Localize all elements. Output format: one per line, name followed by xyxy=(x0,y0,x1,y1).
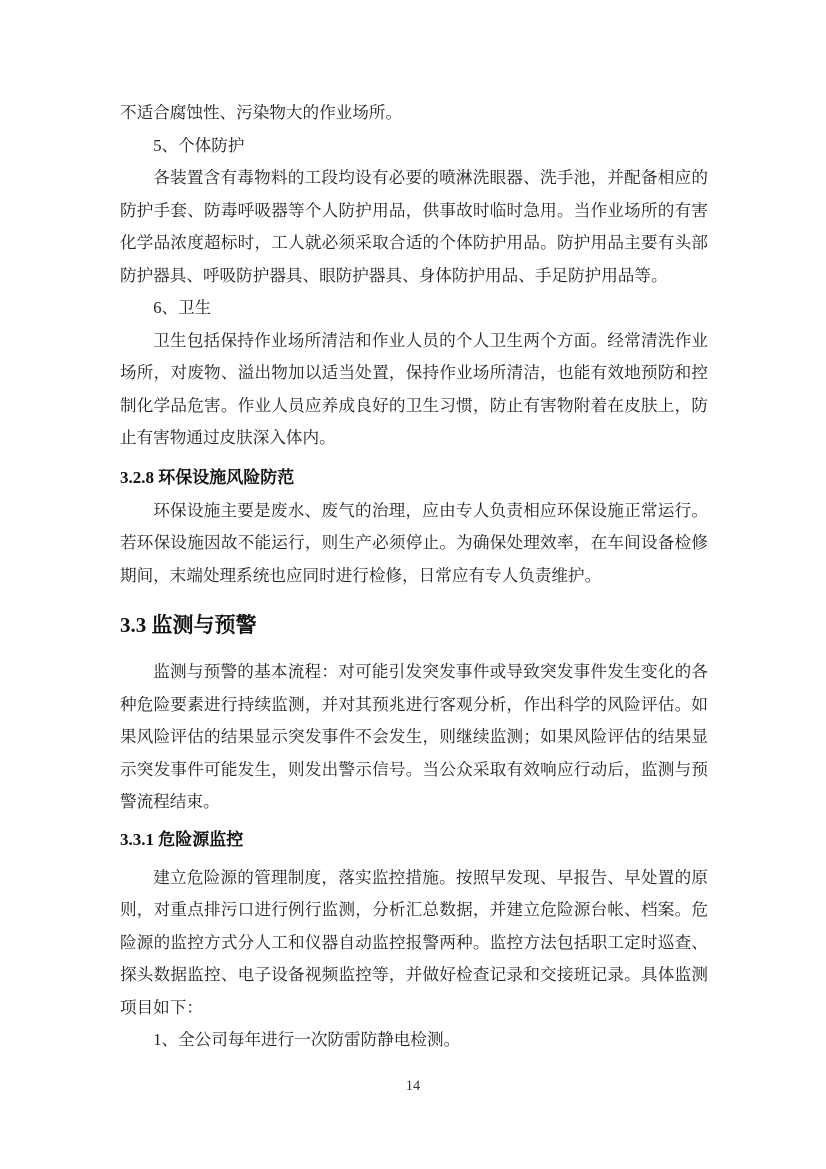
paragraph-hygiene: 卫生包括保持作业场所清洁和作业人员的个人卫生两个方面。经常清洗作业场所，对废物、… xyxy=(120,325,708,455)
document-page: 不适合腐蚀性、污染物大的作业场所。 5、个体防护 各装置含有毒物料的工段均设有必… xyxy=(0,0,826,1169)
list-item-5-heading: 5、个体防护 xyxy=(120,130,708,163)
paragraph-monitoring-warning: 监测与预警的基本流程：对可能引发突发事件或导致突发事件发生变化的各种危险要素进行… xyxy=(120,656,708,819)
section-heading-3-2-8: 3.2.8 环保设施风险防范 xyxy=(120,462,708,495)
page-number: 14 xyxy=(0,1078,826,1094)
paragraph-environmental-facilities: 环保设施主要是废水、废气的治理，应由专人负责相应环保设施正常运行。若环保设施因故… xyxy=(120,495,708,593)
list-item-6-heading: 6、卫生 xyxy=(120,292,708,325)
page-content: 不适合腐蚀性、污染物大的作业场所。 5、个体防护 各装置含有毒物料的工段均设有必… xyxy=(120,97,708,1057)
section-heading-3-3: 3.3 监测与预警 xyxy=(120,608,708,642)
paragraph-continuation: 不适合腐蚀性、污染物大的作业场所。 xyxy=(120,97,708,130)
paragraph-hazard-source-monitoring: 建立危险源的管理制度，落实监控措施。按照早发现、早报告、早处置的原则，对重点排污… xyxy=(120,862,708,1025)
paragraph-personal-protection: 各装置含有毒物料的工段均设有必要的喷淋洗眼器、洗手池，并配备相应的防护手套、防毒… xyxy=(120,162,708,292)
list-item-1-lightning-test: 1、全公司每年进行一次防雷防静电检测。 xyxy=(120,1024,708,1057)
section-heading-3-3-1: 3.3.1 危险源监控 xyxy=(120,824,708,857)
